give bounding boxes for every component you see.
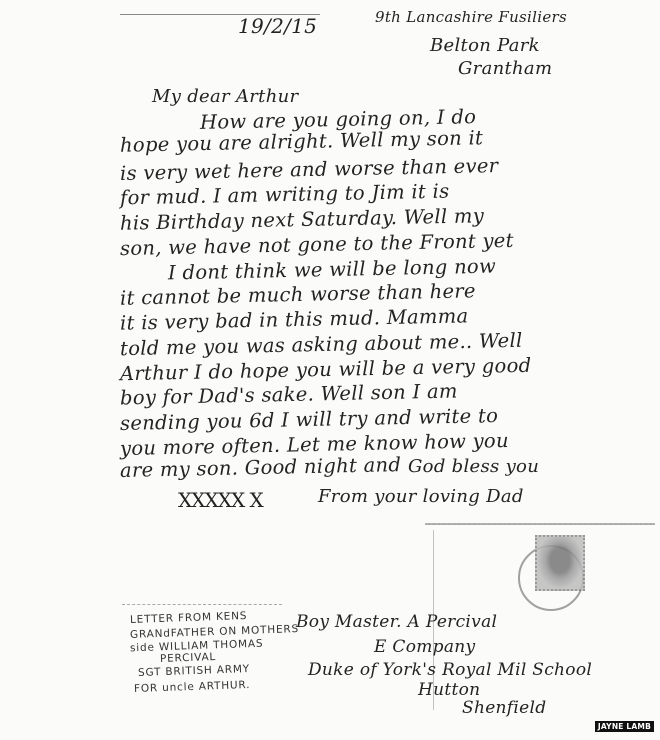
note-line-4: PERCIVAL xyxy=(160,651,217,665)
letter-body-line: hope you are alright. Well my son it xyxy=(120,126,484,157)
closing: God bless you xyxy=(408,456,539,477)
note-line-6: FOR uncle ARTHUR. xyxy=(134,679,251,695)
letter-body-line: are my son. Good night and xyxy=(120,453,402,482)
recipient-line-4: Hutton xyxy=(418,680,480,700)
address-line-3: Grantham xyxy=(458,58,552,79)
note-line-2: GRANdFATHER ON MOTHERS xyxy=(130,623,299,641)
photo-credit: JAYNE LAMB xyxy=(595,721,654,732)
note-line-5: SGT BRITISH ARMY xyxy=(138,663,250,679)
recipient-line-1: Boy Master. A Percival xyxy=(296,612,497,632)
address-line-2: Belton Park xyxy=(430,35,540,56)
postage-stamp-icon xyxy=(535,535,585,591)
scanned-letter: 19/2/15 9th Lancashire Fusiliers Belton … xyxy=(0,0,660,740)
recipient-line-3: Duke of York's Royal Mil School xyxy=(308,660,592,680)
signoff: From your loving Dad xyxy=(318,486,524,507)
salutation: My dear Arthur xyxy=(152,86,298,107)
recipient-line-2: E Company xyxy=(374,637,475,657)
address-line-1: 9th Lancashire Fusiliers xyxy=(375,8,567,26)
note-rule xyxy=(122,604,282,606)
note-line-1: LETTER FROM KENS xyxy=(130,610,248,626)
recipient-line-5: Shenfield xyxy=(462,698,546,718)
postcard-divider-horizontal xyxy=(425,523,655,525)
letter-date: 19/2/15 xyxy=(238,14,317,38)
kisses: XXXXX X xyxy=(178,488,263,512)
